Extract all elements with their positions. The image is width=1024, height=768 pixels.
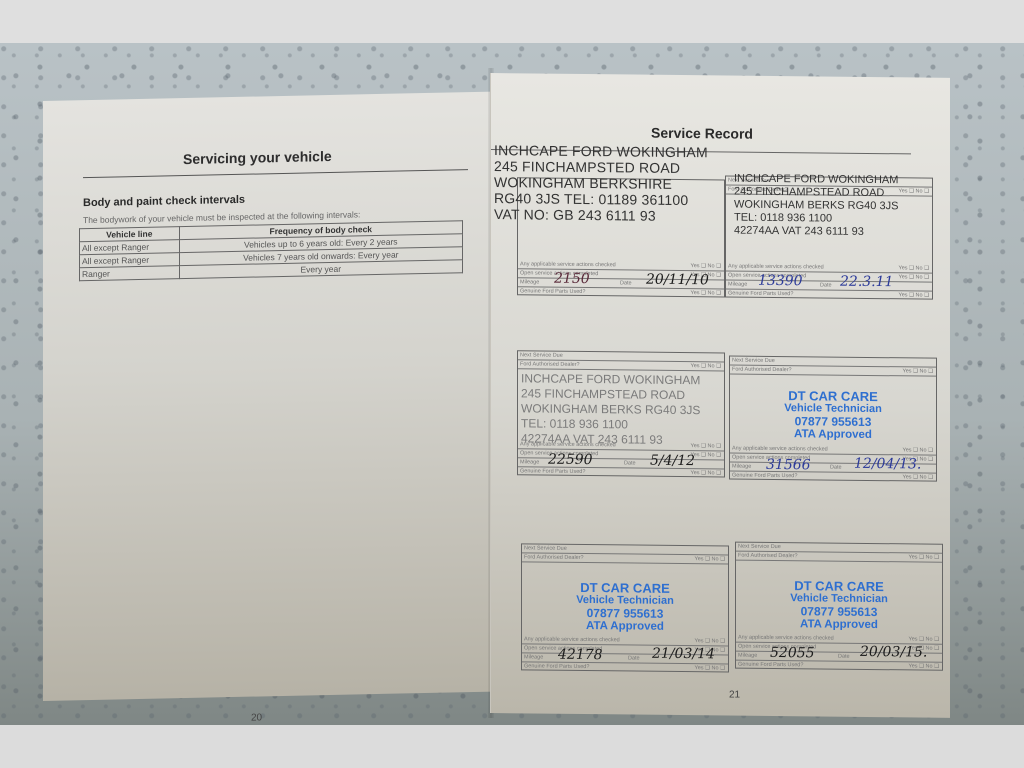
page-title: Servicing your vehicle: [183, 148, 332, 167]
garage-stamp: DT CAR CARE Vehicle Technician 07877 955…: [736, 579, 942, 633]
mileage-value: 42178: [558, 647, 603, 663]
date-value: 20/03/15.: [860, 644, 927, 661]
mileage-value: 2150: [554, 271, 590, 287]
date-value: 22.3.11: [840, 274, 893, 291]
dealer-stamp: INCHCAPE FORD WOKINGHAM 245 FINCHAMPSTED…: [494, 142, 700, 224]
title-rule: [83, 169, 468, 178]
service-record-card-5: Next Service Due Ford Authorised Dealer?…: [521, 543, 729, 672]
mileage-value: 13390: [758, 273, 803, 289]
service-book-photo: Servicing your vehicle Body and paint ch…: [0, 43, 1024, 725]
service-record-card-4: Next Service Due Ford Authorised Dealer?…: [729, 356, 937, 482]
date-value: 20/11/10: [646, 272, 709, 289]
body-check-table: Vehicle line Frequency of body check All…: [79, 220, 463, 281]
service-record-card-2: Next Service Due Ford Authorised Dealer?…: [725, 175, 933, 299]
garage-stamp: DT CAR CARE Vehicle Technician 07877 955…: [730, 389, 936, 443]
page-title: Service Record: [651, 125, 753, 142]
vehicle-line-cell: Ranger: [80, 266, 180, 281]
section-heading: Body and paint check intervals: [83, 194, 245, 209]
date-value: 21/03/14: [652, 646, 715, 663]
dealer-stamp: INCHCAPE FORD WOKINGHAM 245 FINCHAMPSTEA…: [521, 371, 727, 448]
mileage-value: 52055: [770, 645, 815, 661]
page-20: Servicing your vehicle Body and paint ch…: [43, 92, 493, 701]
service-record-card-3: Next Service Due Ford Authorised Dealer?…: [517, 350, 725, 477]
date-value: 5/4/12: [650, 453, 695, 469]
letterbox-top: [0, 0, 1024, 43]
mileage-value: 31566: [766, 457, 811, 473]
service-record-card-1: Any applicable service actions checkedYe…: [517, 177, 725, 297]
mileage-value: 22590: [548, 452, 593, 468]
service-record-card-6: Next Service Due Ford Authorised Dealer?…: [735, 542, 943, 671]
date-value: 12/04/13.: [854, 456, 921, 473]
letterbox-bottom: [0, 725, 1024, 768]
dealer-stamp: INCHCAPE FORD WOKINGHAM 245 FINCHAMPSTEA…: [734, 173, 940, 240]
page-number: 20: [251, 712, 262, 723]
garage-stamp: DT CAR CARE Vehicle Technician 07877 955…: [522, 580, 728, 634]
page-21: Service Record Any applicable service ac…: [490, 73, 950, 718]
page-number: 21: [729, 690, 740, 701]
